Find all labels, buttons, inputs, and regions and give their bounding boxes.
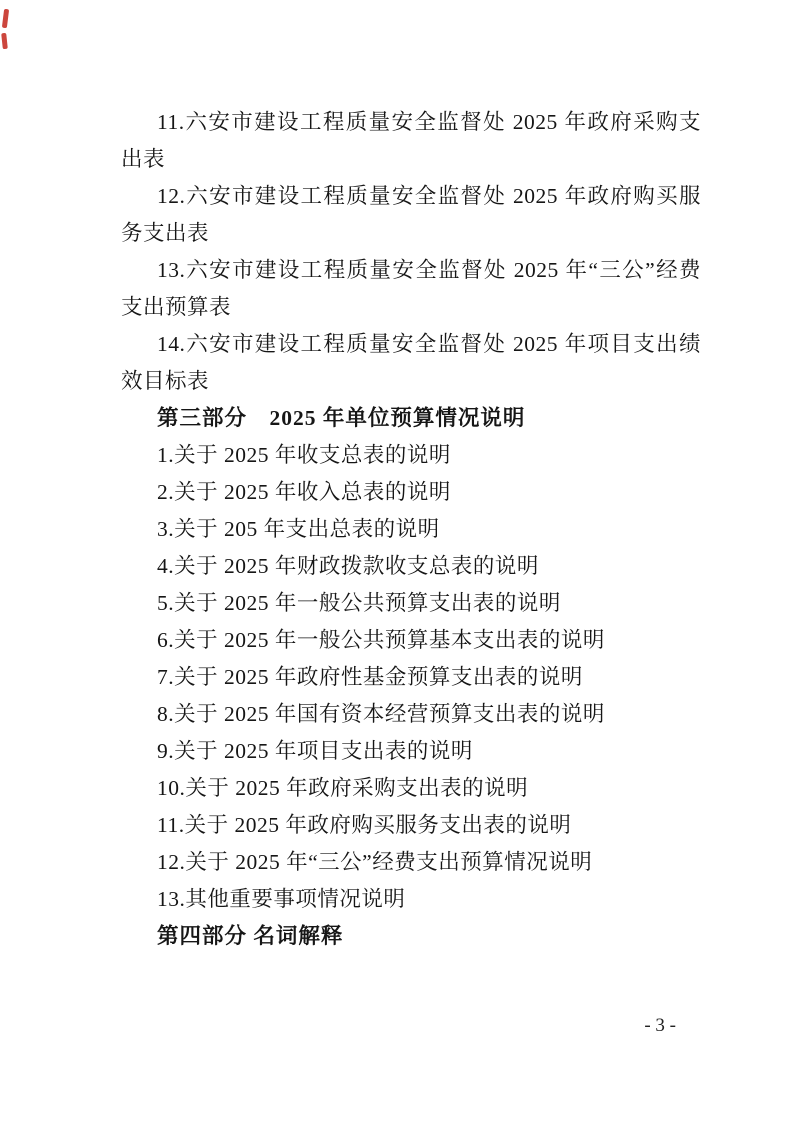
- section3-item-6: 6.关于 2025 年一般公共预算基本支出表的说明: [121, 622, 701, 659]
- section3-item-11: 11.关于 2025 年政府购买服务支出表的说明: [121, 807, 701, 844]
- section3-item-8: 8.关于 2025 年国有资本经营预算支出表的说明: [121, 696, 701, 733]
- section3-item-10: 10.关于 2025 年政府采购支出表的说明: [121, 770, 701, 807]
- red-ink-mark: [1, 33, 8, 49]
- red-ink-mark: [2, 9, 9, 28]
- page-number: - 3 -: [0, 1014, 676, 1038]
- toc-table-item-12-line2: 务支出表: [121, 215, 701, 252]
- toc-table-item-11-line1: 11.六安市建设工程质量安全监督处 2025 年政府采购支: [121, 104, 701, 141]
- document-page: 11.六安市建设工程质量安全监督处 2025 年政府采购支 出表 12.六安市建…: [0, 0, 793, 1122]
- toc-table-item-14-line2: 效目标表: [121, 363, 701, 400]
- toc-content: 11.六安市建设工程质量安全监督处 2025 年政府采购支 出表 12.六安市建…: [121, 104, 701, 955]
- section3-item-1: 1.关于 2025 年收支总表的说明: [121, 437, 701, 474]
- toc-table-item-13-line1: 13.六安市建设工程质量安全监督处 2025 年“三公”经费: [121, 252, 701, 289]
- toc-table-item-13-line2: 支出预算表: [121, 289, 701, 326]
- section3-item-3: 3.关于 205 年支出总表的说明: [121, 511, 701, 548]
- section3-heading: 第三部分 2025 年单位预算情况说明: [121, 400, 701, 437]
- toc-table-item-14-line1: 14.六安市建设工程质量安全监督处 2025 年项目支出绩: [121, 326, 701, 363]
- section3-item-13: 13.其他重要事项情况说明: [121, 881, 701, 918]
- section3-item-12: 12.关于 2025 年“三公”经费支出预算情况说明: [121, 844, 701, 881]
- section3-item-9: 9.关于 2025 年项目支出表的说明: [121, 733, 701, 770]
- section3-item-4: 4.关于 2025 年财政拨款收支总表的说明: [121, 548, 701, 585]
- section3-item-5: 5.关于 2025 年一般公共预算支出表的说明: [121, 585, 701, 622]
- section3-item-7: 7.关于 2025 年政府性基金预算支出表的说明: [121, 659, 701, 696]
- toc-table-item-12-line1: 12.六安市建设工程质量安全监督处 2025 年政府购买服: [121, 178, 701, 215]
- section4-heading: 第四部分 名词解释: [121, 918, 701, 955]
- toc-table-item-11-line2: 出表: [121, 141, 701, 178]
- section3-item-2: 2.关于 2025 年收入总表的说明: [121, 474, 701, 511]
